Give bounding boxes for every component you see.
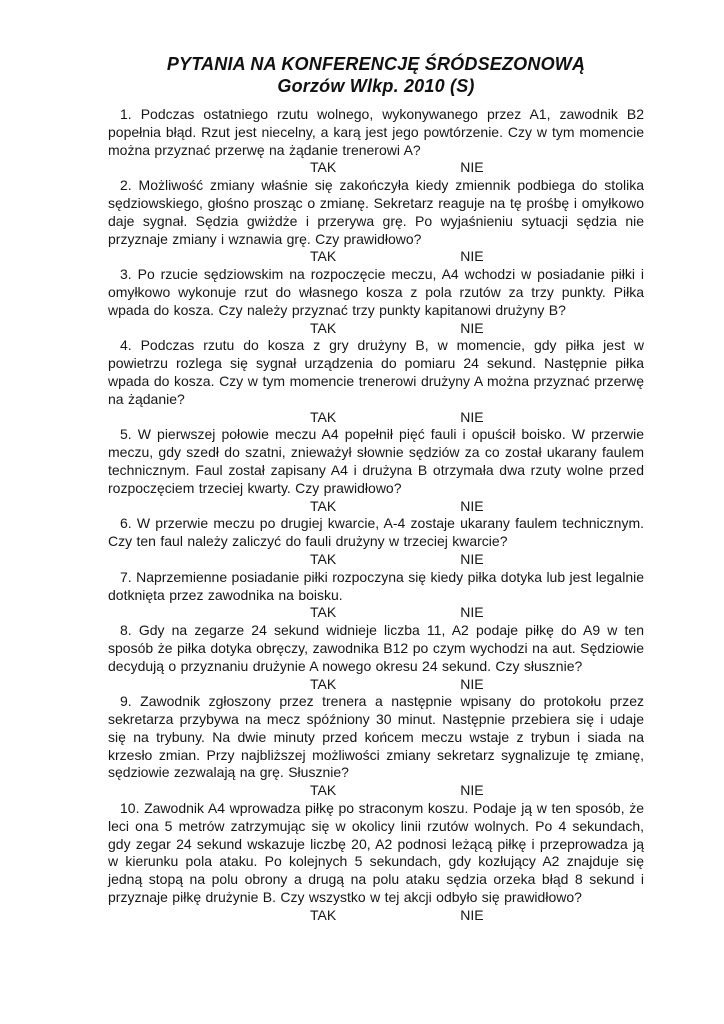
question-9-option-tak: TAK xyxy=(310,782,336,800)
question-1-option-nie: NIE xyxy=(460,159,483,177)
question-6-options: TAK NIE xyxy=(108,551,644,569)
question-7-option-tak: TAK xyxy=(310,604,336,622)
question-9-options: TAK NIE xyxy=(108,782,644,800)
question-6-text: 6. W przerwie meczu po drugiej kwarcie, … xyxy=(108,515,644,551)
question-1-option-tak: TAK xyxy=(310,159,336,177)
question-8-option-tak: TAK xyxy=(310,676,336,694)
question-8-text: 8. Gdy na zegarze 24 sekund widnieje lic… xyxy=(108,622,644,675)
question-8-option-nie: NIE xyxy=(460,676,483,694)
question-10: 10. Zawodnik A4 wprowadza piłkę po strac… xyxy=(108,800,644,925)
question-6-option-tak: TAK xyxy=(310,551,336,569)
question-8: 8. Gdy na zegarze 24 sekund widnieje lic… xyxy=(108,622,644,693)
page-title: PYTANIA NA KONFERENCJĘ ŚRÓDSEZONOWĄ xyxy=(108,53,644,75)
question-10-option-tak: TAK xyxy=(310,907,336,925)
question-5-text: 5. W pierwszej połowie meczu A4 popełnił… xyxy=(108,426,644,497)
question-2: 2. Możliwość zmiany właśnie się zakończy… xyxy=(108,177,644,266)
question-4-option-nie: NIE xyxy=(460,409,483,427)
question-10-text: 10. Zawodnik A4 wprowadza piłkę po strac… xyxy=(108,800,644,907)
question-3-option-nie: NIE xyxy=(460,320,483,338)
question-3: 3. Po rzucie sędziowskim na rozpoczęcie … xyxy=(108,266,644,337)
question-2-text: 2. Możliwość zmiany właśnie się zakończy… xyxy=(108,177,644,248)
question-7: 7. Naprzemienne posiadanie piłki rozpocz… xyxy=(108,569,644,622)
question-1: 1. Podczas ostatniego rzutu wolnego, wyk… xyxy=(108,106,644,177)
question-4: 4. Podczas rzutu do kosza z gry drużyny … xyxy=(108,337,644,426)
question-2-option-tak: TAK xyxy=(310,248,336,266)
question-6: 6. W przerwie meczu po drugiej kwarcie, … xyxy=(108,515,644,568)
question-5-option-tak: TAK xyxy=(310,498,336,516)
question-4-option-tak: TAK xyxy=(310,409,336,427)
question-6-option-nie: NIE xyxy=(460,551,483,569)
question-3-text: 3. Po rzucie sędziowskim na rozpoczęcie … xyxy=(108,266,644,319)
question-9: 9. Zawodnik zgłoszony przez trenera a na… xyxy=(108,693,644,800)
question-5-option-nie: NIE xyxy=(460,498,483,516)
question-2-options: TAK NIE xyxy=(108,248,644,266)
question-3-option-tak: TAK xyxy=(310,320,336,338)
question-7-option-nie: NIE xyxy=(460,604,483,622)
question-1-text: 1. Podczas ostatniego rzutu wolnego, wyk… xyxy=(108,106,644,159)
question-3-options: TAK NIE xyxy=(108,320,644,338)
question-2-option-nie: NIE xyxy=(460,248,483,266)
question-9-option-nie: NIE xyxy=(460,782,483,800)
question-7-text: 7. Naprzemienne posiadanie piłki rozpocz… xyxy=(108,569,644,605)
question-4-text: 4. Podczas rzutu do kosza z gry drużyny … xyxy=(108,337,644,408)
question-1-options: TAK NIE xyxy=(108,159,644,177)
question-9-text: 9. Zawodnik zgłoszony przez trenera a na… xyxy=(108,693,644,782)
question-10-option-nie: NIE xyxy=(460,907,483,925)
question-5: 5. W pierwszej połowie meczu A4 popełnił… xyxy=(108,426,644,515)
document-header: PYTANIA NA KONFERENCJĘ ŚRÓDSEZONOWĄ Gorz… xyxy=(108,53,644,97)
question-8-options: TAK NIE xyxy=(108,676,644,694)
questions-list: 1. Podczas ostatniego rzutu wolnego, wyk… xyxy=(108,106,644,925)
page-subtitle: Gorzów Wlkp. 2010 (S) xyxy=(108,75,644,97)
question-7-options: TAK NIE xyxy=(108,604,644,622)
question-5-options: TAK NIE xyxy=(108,498,644,516)
question-4-options: TAK NIE xyxy=(108,409,644,427)
document-page: PYTANIA NA KONFERENCJĘ ŚRÓDSEZONOWĄ Gorz… xyxy=(0,0,724,1024)
question-10-options: TAK NIE xyxy=(108,907,644,925)
